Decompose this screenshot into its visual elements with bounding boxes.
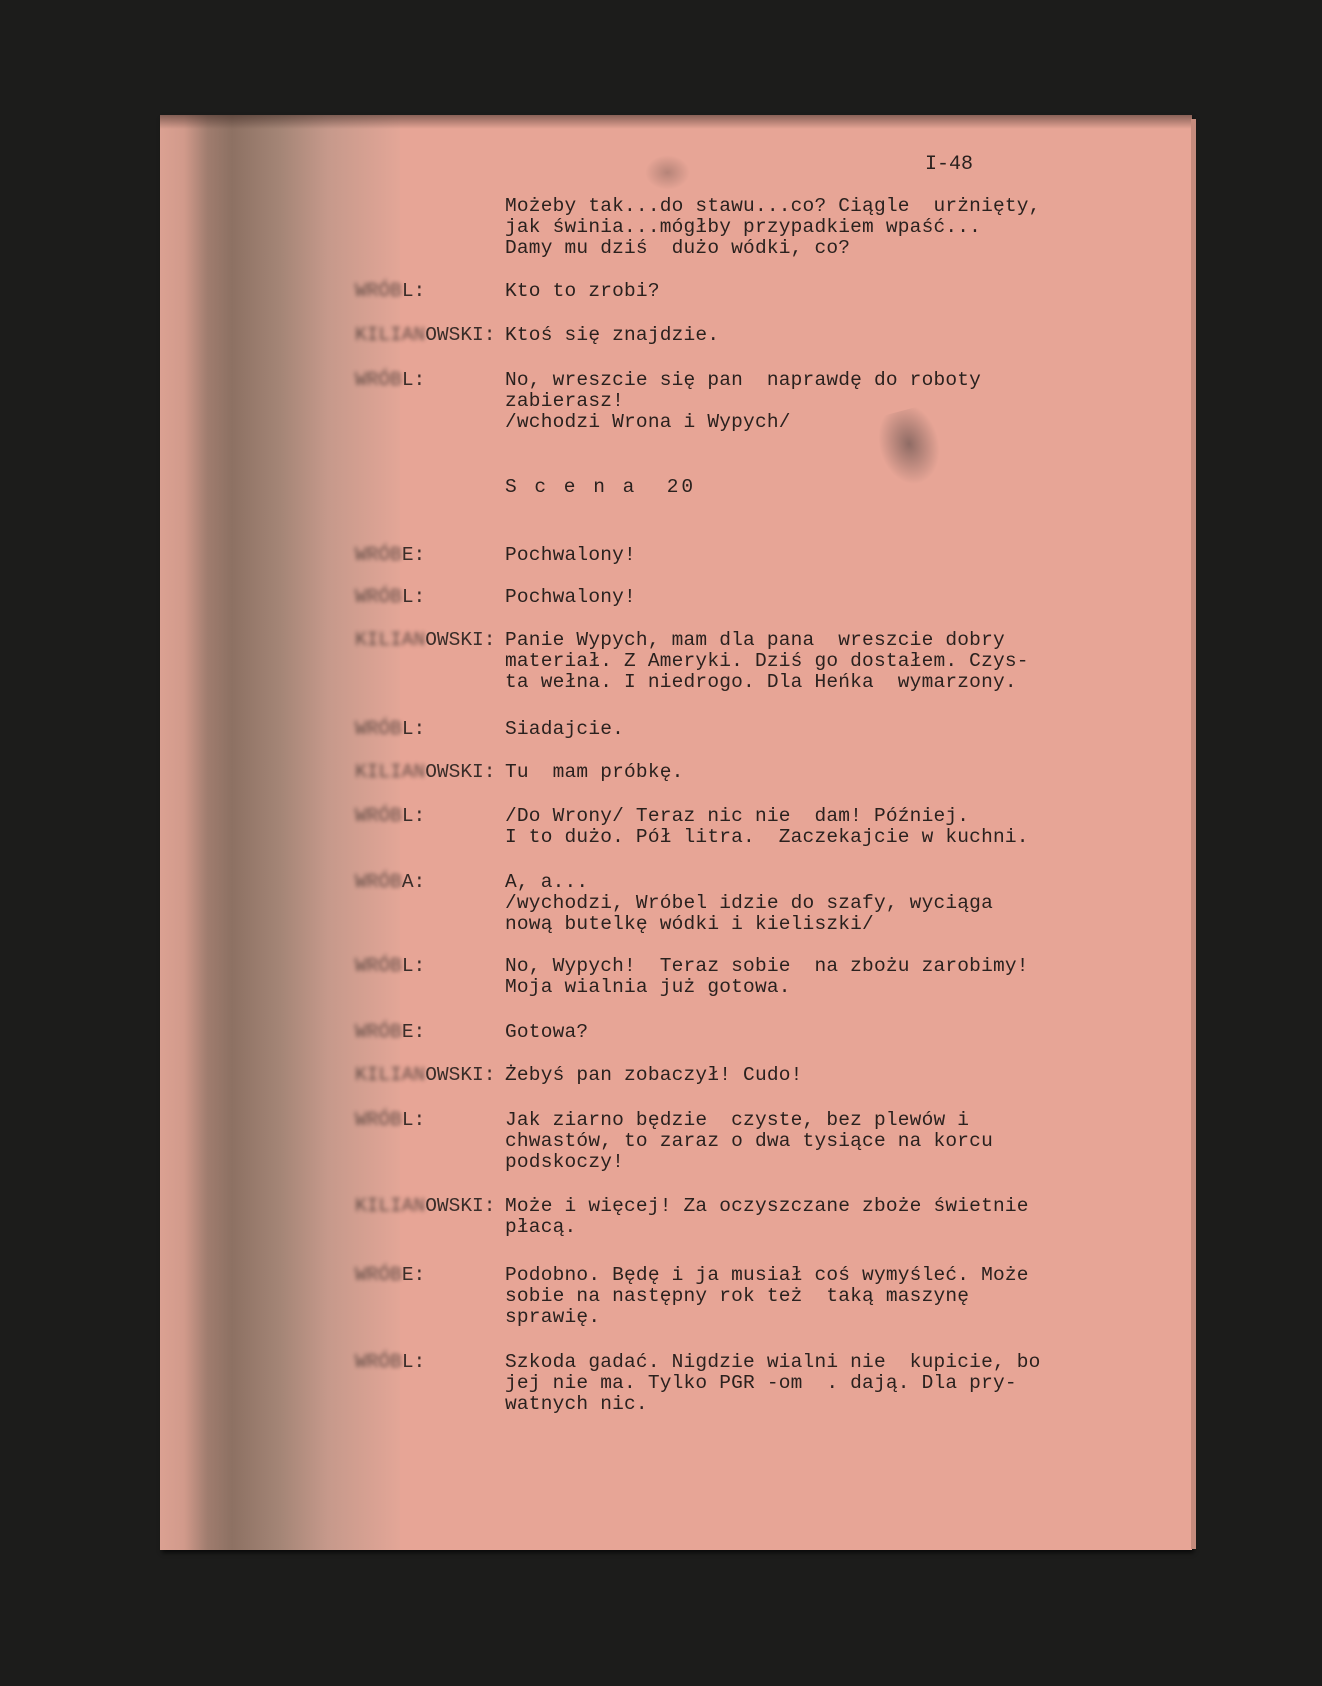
- dialogue-line: sobie na następny rok też taką maszynę: [505, 1286, 969, 1307]
- dialogue-line: Pochwalony!: [505, 587, 636, 608]
- speaker-name: WRÓBE:: [355, 1022, 425, 1043]
- stage-direction: /Do Wrony/ Teraz nic nie dam! Później.: [505, 806, 969, 827]
- speaker-name: WRÓBL:: [355, 587, 425, 608]
- page-edge: [1191, 119, 1196, 1549]
- speaker-name: KILIANOWSKI:: [355, 1196, 495, 1217]
- dialogue-line: płacą.: [505, 1217, 576, 1238]
- speaker-name: KILIANOWSKI:: [355, 1065, 495, 1086]
- dialogue-line: No, Wypych! Teraz sobie na zbożu zarobim…: [505, 956, 1029, 977]
- speaker-name: WRÓBL:: [355, 370, 425, 391]
- dialogue-line: Podobno. Będę i ja musiał coś wymyśleć. …: [505, 1265, 1029, 1286]
- speaker-name: WRÓBL:: [355, 956, 425, 977]
- dialogue-line: Gotowa?: [505, 1022, 588, 1043]
- speaker-name: WRÓBE:: [355, 1265, 425, 1286]
- dialogue-line: No, wreszcie się pan naprawdę do roboty: [505, 370, 981, 391]
- dialogue-line: podskoczy!: [505, 1152, 624, 1173]
- dialogue-line: ta wełna. I niedrogo. Dla Heńka wymarzon…: [505, 672, 1017, 693]
- speaker-name: WRÓBL:: [355, 1352, 425, 1373]
- dialogue-line: A, a...: [505, 872, 588, 893]
- scene-heading: S c e n a 20: [505, 477, 696, 498]
- speaker-name: WRÓBL:: [355, 806, 425, 827]
- dialogue-line: jak świnia...mógłby przypadkiem wpaść...: [505, 217, 981, 238]
- dialogue-line: zabierasz!: [505, 391, 624, 412]
- speaker-name: KILIANOWSKI:: [355, 762, 495, 783]
- speaker-name: WRÓBL:: [355, 1110, 425, 1131]
- stage-direction: /wychodzi, Wróbel idzie do szafy, wyciąg…: [505, 893, 993, 914]
- top-shadow: [160, 115, 1192, 129]
- dialogue-line: Moja wialnia już gotowa.: [505, 977, 791, 998]
- speaker-name: WRÓBE:: [355, 545, 425, 566]
- dialogue-line: Panie Wypych, mam dla pana wreszcie dobr…: [505, 630, 1005, 651]
- dialogue-line: Szkoda gadać. Nigdzie wialni nie kupicie…: [505, 1352, 1041, 1373]
- dialogue-line: Może i więcej! Za oczyszczane zboże świe…: [505, 1196, 1029, 1217]
- dialogue-line: Ktoś się znajdzie.: [505, 325, 719, 346]
- dialogue-line: chwastów, to zaraz o dwa tysiące na korc…: [505, 1131, 993, 1152]
- dialogue-line: nową butelkę wódki i kieliszki/: [505, 914, 874, 935]
- page-number: I-48: [925, 153, 973, 176]
- dialogue-line: Siadajcie.: [505, 719, 624, 740]
- speaker-name: KILIANOWSKI:: [355, 325, 495, 346]
- dialogue-line: Jak ziarno będzie czyste, bez plewów i: [505, 1110, 969, 1131]
- dialogue-line: watnych nic.: [505, 1394, 648, 1415]
- dialogue-line: materiał. Z Ameryki. Dziś go dostałem. C…: [505, 651, 1029, 672]
- dialogue-line: Możeby tak...do stawu...co? Ciągle urżni…: [505, 196, 1041, 217]
- stage-direction: /wchodzi Wrona i Wypych/: [505, 412, 791, 433]
- dialogue-line: Tu mam próbkę.: [505, 762, 684, 783]
- speaker-name: KILIANOWSKI:: [355, 630, 495, 651]
- dialogue-line: Żebyś pan zobaczył! Cudo!: [505, 1065, 803, 1086]
- speaker-name: WRÓBL:: [355, 719, 425, 740]
- dialogue-line: Damy mu dziś dużo wódki, co?: [505, 238, 850, 259]
- speaker-name: WRÓBL:: [355, 281, 425, 302]
- dialogue-line: I to dużo. Pół litra. Zaczekajcie w kuch…: [505, 827, 1029, 848]
- dialogue-line: Pochwalony!: [505, 545, 636, 566]
- speaker-name: WRÓBA:: [355, 872, 425, 893]
- dialogue-line: jej nie ma. Tylko PGR -om . dają. Dla pr…: [505, 1373, 1017, 1394]
- dialogue-line: Kto to zrobi?: [505, 281, 660, 302]
- ink-smudge: [645, 155, 690, 190]
- dialogue-line: sprawię.: [505, 1307, 600, 1328]
